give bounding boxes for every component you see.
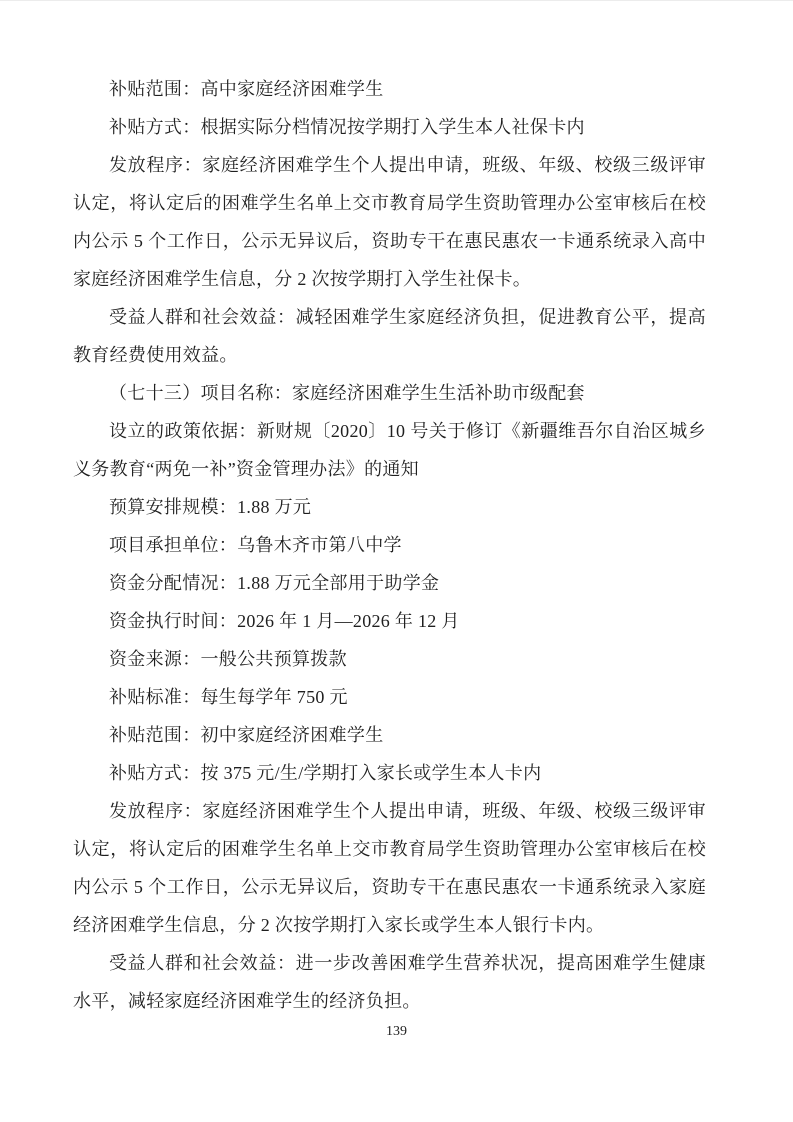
document-body: 补贴范围：高中家庭经济困难学生 补贴方式：根据实际分档情况按学期打入学生本人社保… <box>73 70 706 1020</box>
para-beneficiaries-2: 受益人群和社会效益：进一步改善困难学生营养状况，提高困难学生健康水平，减轻家庭经… <box>73 944 706 1020</box>
para-fund-allocation: 资金分配情况：1.88 万元全部用于助学金 <box>73 564 706 602</box>
para-undertaking-unit: 项目承担单位：乌鲁木齐市第八中学 <box>73 526 706 564</box>
para-beneficiaries-1: 受益人群和社会效益：减轻困难学生家庭经济负担，促进教育公平，提高教育经费使用效益… <box>73 298 706 374</box>
para-fund-execution-time: 资金执行时间：2026 年 1 月—2026 年 12 月 <box>73 602 706 640</box>
para-subsidy-standard: 补贴标准：每生每学年 750 元 <box>73 678 706 716</box>
para-distribution-procedure-2: 发放程序：家庭经济困难学生个人提出申请，班级、年级、校级三级评审认定，将认定后的… <box>73 792 706 944</box>
para-fund-source: 资金来源：一般公共预算拨款 <box>73 640 706 678</box>
para-budget-scale: 预算安排规模：1.88 万元 <box>73 488 706 526</box>
page-number: 139 <box>0 1022 793 1042</box>
para-subsidy-scope-2: 补贴范围：初中家庭经济困难学生 <box>73 716 706 754</box>
para-subsidy-scope-1: 补贴范围：高中家庭经济困难学生 <box>73 70 706 108</box>
para-subsidy-method-1: 补贴方式：根据实际分档情况按学期打入学生本人社保卡内 <box>73 108 706 146</box>
para-distribution-procedure-1: 发放程序：家庭经济困难学生个人提出申请，班级、年级、校级三级评审认定，将认定后的… <box>73 146 706 298</box>
document-page: 补贴范围：高中家庭经济困难学生 补贴方式：根据实际分档情况按学期打入学生本人社保… <box>0 0 793 1122</box>
para-subsidy-method-2: 补贴方式：按 375 元/生/学期打入家长或学生本人卡内 <box>73 754 706 792</box>
para-policy-basis: 设立的政策依据：新财规〔2020〕10 号关于修订《新疆维吾尔自治区城乡义务教育… <box>73 412 706 488</box>
para-project-name: （七十三）项目名称：家庭经济困难学生生活补助市级配套 <box>73 374 706 412</box>
